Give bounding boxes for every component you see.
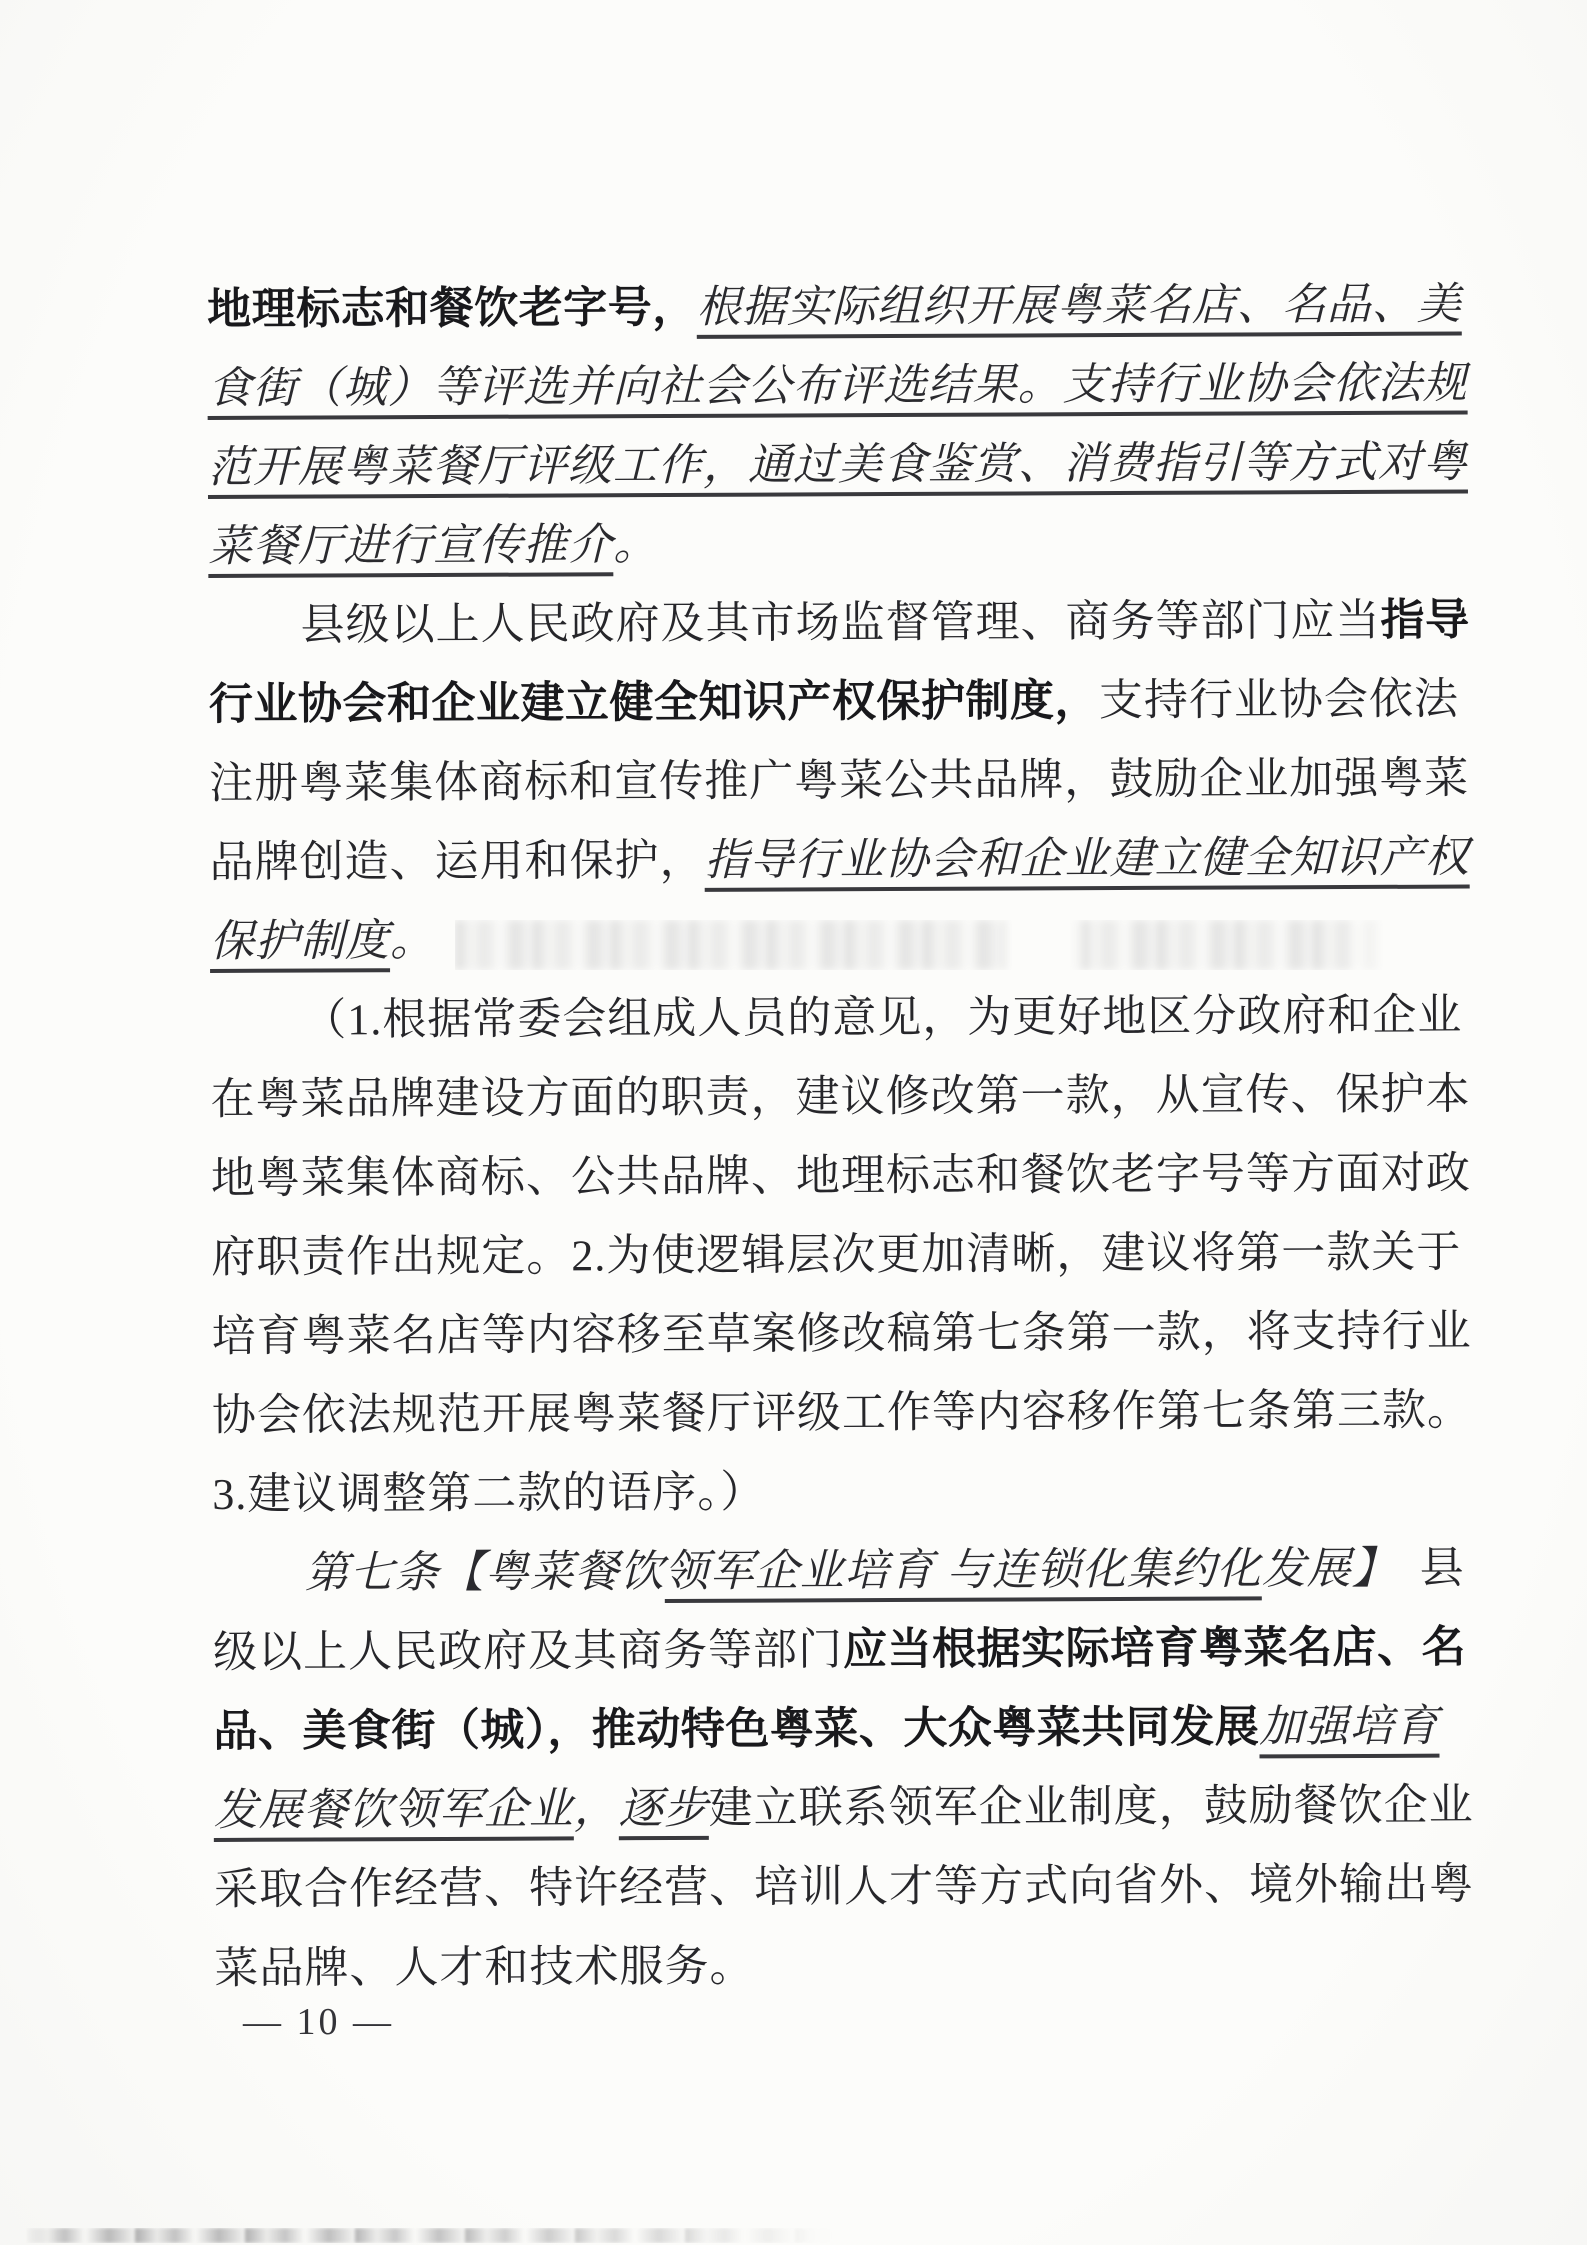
text-line: 3.建议调整第二款的语序。） (212, 1450, 1432, 1534)
text-run: 应当根据实际培育粤菜名店、名 (843, 1623, 1466, 1675)
text-line: 注册粤菜集体商标和宣传推广粤菜公共品牌，鼓励企业加强粤菜 (209, 739, 1429, 823)
scanned-document-page: 地理标志和餐饮老字号，根据实际组织开展粤菜名店、名品、美食街（城）等评选并向社会… (0, 0, 1587, 2245)
text-line: 菜品牌、人才和技术服务。 (214, 1924, 1434, 2008)
page-number: — 10 — (243, 2000, 394, 2044)
text-line: 协会依法规范开展粤菜餐厅评级工作等内容移作第七条第三款。 (212, 1371, 1432, 1455)
text-run: 县级以上人民政府及其市场监督管理、商务等部门应当 (300, 596, 1380, 650)
text-run: 府职责作出规定。2.为使逻辑层次更加清晰，建议将第一款关于 (211, 1228, 1461, 1282)
text-line: 行业协会和企业建立健全知识产权保护制度，支持行业协会依法 (209, 660, 1429, 744)
text-run: 逐步 (619, 1784, 709, 1833)
text-line: 级以上人民政府及其商务等部门应当根据实际培育粤菜名店、名 (213, 1608, 1433, 1692)
document-body: 地理标志和餐饮老字号，根据实际组织开展粤菜名店、名品、美食街（城）等评选并向社会… (207, 265, 1435, 2008)
text-line: 范开展粤菜餐厅评级工作，通过美食鉴赏、消费指引等方式对粤 (208, 423, 1428, 507)
text-run: 发展餐饮领军企业 (214, 1784, 574, 1835)
text-run: 培育粤菜名店等内容移至草案修改稿第七条第一款，将支持行业 (212, 1306, 1472, 1360)
text-line: 发展餐饮领军企业，逐步建立联系领军企业制度，鼓励餐饮企业 (214, 1766, 1434, 1850)
text-run: 根据实际组织开展粤菜名店、名品、美 (697, 280, 1462, 332)
text-run: 指导行业协会和企业建立健全知识产权 (704, 832, 1469, 884)
text-line: 府职责作出规定。2.为使逻辑层次更加清晰，建议将第一款关于 (211, 1213, 1431, 1297)
text-line: 品、美食街（城），推动特色粤菜、大众粤菜共同发展加强培育 (213, 1687, 1433, 1771)
text-run: （1.根据常委会组成人员的意见，为更好地区分政府和企业 (302, 991, 1462, 1045)
bottom-edge-scan-artifact (25, 2228, 835, 2243)
text-run: 品牌创造、运用和保护， (209, 836, 704, 887)
text-run: 发展】 (1262, 1544, 1375, 1593)
text-line: 县级以上人民政府及其市场监督管理、商务等部门应当指导 (208, 581, 1428, 665)
text-run: 县 (1375, 1544, 1465, 1593)
text-run: 第七条【粤菜餐饮 (305, 1547, 665, 1598)
text-run: 指导 (1380, 595, 1469, 644)
text-run: 在粤菜品牌建设方面的职责，建议修改第一款，从宣传、保护本 (211, 1069, 1471, 1123)
text-line: 培育粤菜名店等内容移至草案修改稿第七条第一款，将支持行业 (211, 1292, 1431, 1376)
text-run: 范开展粤菜餐厅评级工作，通过美食鉴赏、消费指引等方式对粤 (208, 438, 1468, 492)
text-line: 菜餐厅进行宣传推介。 (208, 502, 1428, 586)
text-run: 级以上人民政府及其商务等部门 (213, 1625, 843, 1677)
text-line: 品牌创造、运用和保护，指导行业协会和企业建立健全知识产权 (209, 818, 1429, 902)
text-run: 建立联系领军企业制度，鼓励餐饮企业 (709, 1780, 1474, 1832)
text-line: 采取合作经营、特许经营、培训人才等方式向省外、境外输出粤 (214, 1845, 1434, 1929)
text-run: 菜品牌、人才和技术服务。 (214, 1942, 754, 1993)
text-line: 地理标志和餐饮老字号，根据实际组织开展粤菜名店、名品、美 (207, 265, 1427, 349)
text-line: 在粤菜品牌建设方面的职责，建议修改第一款，从宣传、保护本 (210, 1055, 1430, 1139)
text-run: 协会依法规范开展粤菜餐厅评级工作等内容移作第七条第三款。 (212, 1385, 1472, 1439)
text-run: 采取合作经营、特许经营、培训人才等方式向省外、境外输出粤 (214, 1859, 1474, 1913)
text-line: 地粤菜集体商标、公共品牌、地理标志和餐饮老字号等方面对政 (211, 1134, 1431, 1218)
text-run: 行业协会和企业建立健全知识产权保护制度， (209, 676, 1099, 729)
ink-bleed-artifact (455, 920, 1385, 970)
text-run: 地粤菜集体商标、公共品牌、地理标志和餐饮老字号等方面对政 (211, 1148, 1471, 1202)
text-run: 领军企业培育 与连锁化集约化 (665, 1544, 1262, 1596)
text-run: 。 (613, 520, 658, 569)
text-run: 加强培育 (1259, 1702, 1439, 1752)
text-run: 保护制度 (210, 916, 390, 966)
text-run: 食街（城）等评选并向社会公布评选结果。支持行业协会依法规 (207, 359, 1467, 413)
text-line: 第七条【粤菜餐饮领军企业培育 与连锁化集约化发展】 县 (213, 1529, 1433, 1613)
text-run: ， (574, 1784, 619, 1833)
text-run: 注册粤菜集体商标和宣传推广粤菜公共品牌，鼓励企业加强粤菜 (209, 753, 1469, 807)
text-run: 支持行业协会依法 (1099, 675, 1459, 726)
text-run: 菜餐厅进行宣传推介 (208, 520, 613, 571)
text-run: 地理标志和餐饮老字号， (207, 283, 697, 334)
text-run: 。 (390, 916, 435, 965)
text-line: 食街（城）等评选并向社会公布评选结果。支持行业协会依法规 (207, 344, 1427, 428)
text-line: （1.根据常委会组成人员的意见，为更好地区分政府和企业 (210, 976, 1430, 1060)
text-run: 品、美食街（城），推动特色粤菜、大众粤菜共同发展 (213, 1702, 1259, 1756)
text-run: 3.建议调整第二款的语序。） (212, 1468, 765, 1519)
